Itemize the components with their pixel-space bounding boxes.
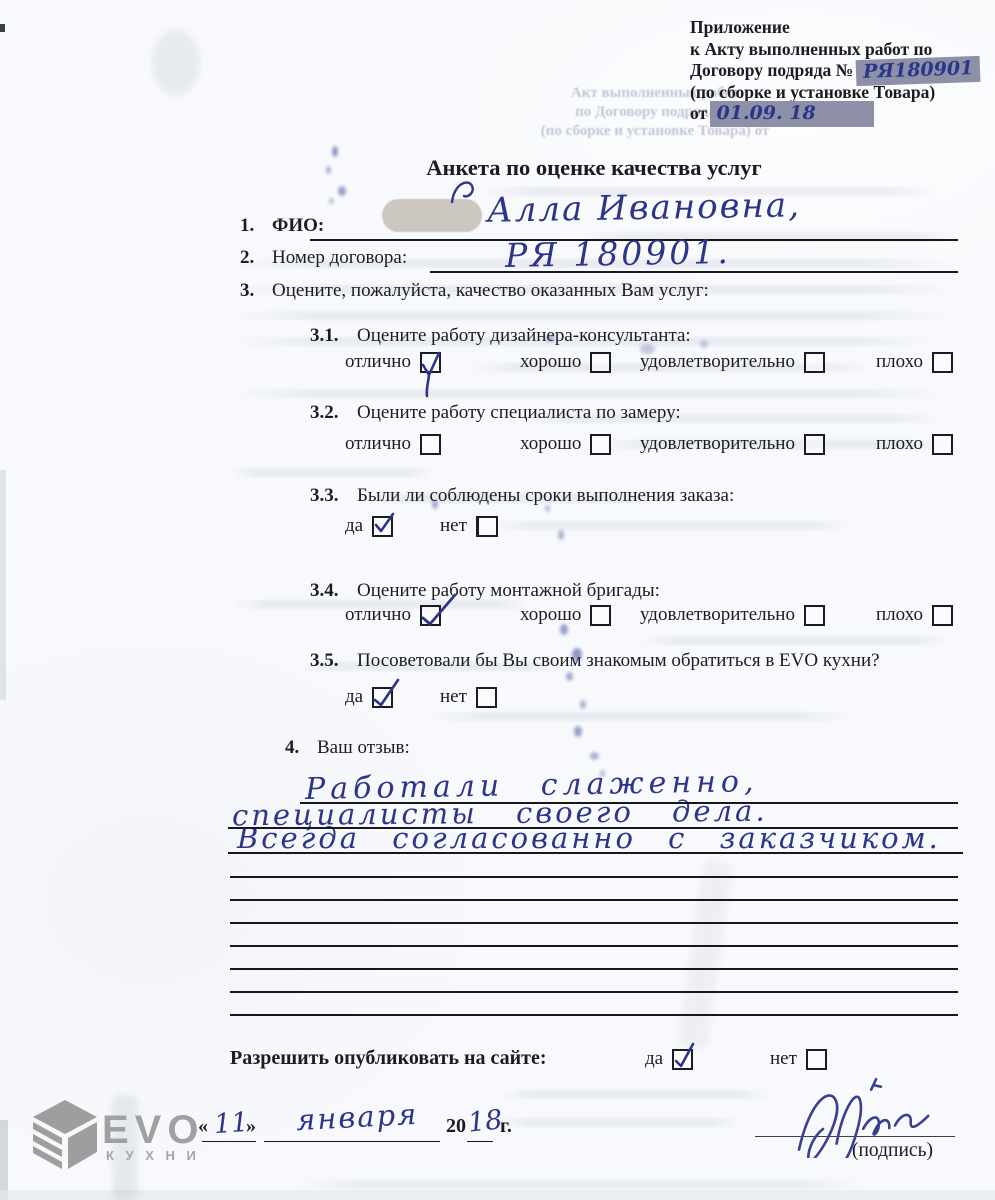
- date-year-printed: 20: [446, 1115, 466, 1138]
- q33-number: 3.3.: [310, 485, 339, 507]
- ink-smudge: [329, 198, 334, 204]
- bleed-through-line: [430, 712, 850, 721]
- ink-smudge: [580, 700, 586, 709]
- bleed-through-line: [490, 521, 850, 530]
- option-label: хорошо: [520, 604, 581, 626]
- q33-label: Были ли соблюдены сроки выполнения заказ…: [357, 485, 734, 507]
- option-label: отлично: [345, 604, 411, 626]
- q35-label: Посоветовали бы Вы своим знакомым обрати…: [357, 650, 880, 672]
- rating-option: удовлетворительно: [640, 433, 825, 455]
- q31-label: Оцените работу дизайнера-консультанта:: [357, 325, 691, 347]
- checkbox: [372, 516, 393, 537]
- scan-artifact: [152, 30, 200, 96]
- yesno-option: да: [345, 686, 393, 708]
- q31-number: 3.1.: [310, 325, 339, 347]
- ink-smudge: [590, 752, 599, 760]
- bleed-through-line: [232, 468, 432, 477]
- checkbox: [590, 434, 611, 455]
- checkbox: [804, 352, 825, 373]
- option-label: плохо: [876, 604, 923, 626]
- checkbox: [420, 605, 441, 626]
- date-suffix: г.: [500, 1115, 512, 1138]
- checkbox: [476, 687, 497, 708]
- option-label: плохо: [876, 351, 923, 373]
- rating-option: плохо: [876, 351, 953, 373]
- date-month-line: [264, 1141, 440, 1142]
- field2-label: Номер договора:: [272, 247, 407, 269]
- date-quote-open: «: [198, 1115, 208, 1138]
- q3-number: 3.: [240, 280, 254, 302]
- ink-smudge: [574, 726, 582, 737]
- checkbox: [420, 434, 441, 455]
- field1-handwritten-value: Алла Ивановна,: [487, 185, 802, 230]
- date-year-handwritten: 18: [466, 1104, 503, 1138]
- field1-number: 1.: [240, 215, 254, 237]
- page-title: Анкета по оценке качества услуг: [230, 155, 958, 181]
- ruled-line: [230, 922, 958, 924]
- scanned-survey-form: Акт выполненных работ по Договору подряд…: [0, 0, 995, 1200]
- signature-caption: (подпись): [852, 1140, 933, 1162]
- q32-number: 3.2.: [310, 402, 339, 424]
- ruled-line: [228, 852, 963, 854]
- option-label: нет: [770, 1048, 797, 1070]
- date-block: « 11 » января 20 18 г.: [0, 1108, 560, 1164]
- appendix-line: к Акту выполненных работ по: [690, 39, 992, 61]
- check-mark: [372, 511, 398, 537]
- yesno-option: нет: [440, 686, 497, 708]
- rating-option: хорошо: [520, 604, 611, 626]
- ruled-line: [300, 802, 958, 804]
- field2-number: 2.: [240, 247, 254, 269]
- bleed-line: (по сборке и установке Товара) от: [420, 122, 890, 141]
- option-label: нет: [440, 515, 467, 537]
- contract-date-label: от: [690, 103, 707, 123]
- option-label: удовлетворительно: [640, 604, 795, 626]
- check-mark: [371, 677, 403, 709]
- ink-smudge: [338, 186, 346, 196]
- ruled-line: [230, 991, 958, 993]
- scan-artifact: [0, 24, 5, 32]
- rating-option: хорошо: [520, 433, 611, 455]
- checkbox: [804, 605, 825, 626]
- ink-smudge: [566, 672, 573, 681]
- field2-handwritten-value: РЯ 180901.: [505, 232, 731, 275]
- rating-option: плохо: [876, 604, 953, 626]
- q32-label: Оцените работу специалиста по замеру:: [357, 402, 681, 424]
- q35-number: 3.5.: [310, 650, 339, 672]
- checkbox: [590, 352, 611, 373]
- option-label: удовлетворительно: [640, 433, 795, 455]
- bleed-through-line: [232, 389, 942, 398]
- rating-option: плохо: [876, 433, 953, 455]
- date-month-handwritten: января: [295, 1097, 419, 1137]
- rating-option: хорошо: [520, 351, 611, 373]
- rating-option: отлично: [345, 604, 441, 626]
- option-label: отлично: [345, 433, 411, 455]
- appendix-line: Договору подряда № РЯ180901: [690, 60, 992, 82]
- checkbox: [932, 352, 953, 373]
- checkbox: [420, 352, 441, 373]
- option-label: хорошо: [520, 351, 581, 373]
- ruled-line: [230, 876, 958, 878]
- scan-artifact: [677, 859, 733, 1051]
- option-label: отлично: [345, 351, 411, 373]
- option-label: хорошо: [520, 433, 581, 455]
- q34-label: Оцените работу монтажной бригады:: [357, 580, 660, 602]
- checkbox: [672, 1049, 693, 1070]
- checkbox: [806, 1049, 827, 1070]
- q34-number: 3.4.: [310, 580, 339, 602]
- ruled-line: [230, 899, 958, 901]
- contract-number-label: Договору подряда №: [690, 60, 853, 80]
- rating-option: отлично: [345, 433, 441, 455]
- q4-label: Ваш отзыв:: [317, 737, 410, 759]
- option-label: удовлетворительно: [640, 351, 795, 373]
- bleed-through-line: [300, 1180, 860, 1189]
- date-quote-close: »: [246, 1115, 256, 1138]
- checkbox: [932, 605, 953, 626]
- rating-option: отлично: [345, 351, 441, 373]
- checkbox: [476, 516, 498, 537]
- ruled-line: [230, 968, 958, 970]
- yesno-option: нет: [440, 515, 498, 537]
- scan-artifact: [0, 470, 6, 700]
- checkbox: [372, 687, 393, 708]
- checkbox: [804, 434, 825, 455]
- handwriting-stroke: [448, 176, 488, 206]
- contract-date-handwritten: 01.09. 18: [712, 103, 872, 125]
- q3-label: Оцените, пожалуйста, качество оказанных …: [272, 280, 709, 302]
- ruled-line: [228, 827, 958, 829]
- checkbox: [932, 434, 953, 455]
- ruled-line: [230, 945, 958, 947]
- ink-smudge: [558, 530, 564, 540]
- bleed-through-line: [232, 311, 947, 320]
- rating-option: удовлетворительно: [640, 604, 825, 626]
- yesno-option: да: [345, 515, 393, 537]
- checkbox: [590, 605, 611, 626]
- check-mark: [672, 1041, 698, 1071]
- appendix-header: Приложение к Акту выполненных работ по Д…: [690, 17, 992, 125]
- option-label: да: [345, 515, 363, 537]
- option-label: да: [645, 1048, 663, 1070]
- publish-label: Разрешить опубликовать на сайте:: [230, 1047, 547, 1070]
- scan-artifact: [0, 1190, 995, 1200]
- bleed-through-line: [640, 636, 950, 645]
- q4-number: 4.: [285, 737, 299, 759]
- field1-label: ФИО:: [272, 215, 324, 237]
- yesno-option: нет: [770, 1048, 827, 1070]
- date-day-line: [202, 1141, 256, 1142]
- option-label: да: [345, 686, 363, 708]
- appendix-line: Приложение: [690, 17, 992, 39]
- option-label: плохо: [876, 433, 923, 455]
- yesno-option: да: [645, 1048, 693, 1070]
- date-day-handwritten: 11: [213, 1107, 249, 1140]
- option-label: нет: [440, 686, 467, 708]
- contract-number-handwritten: РЯ180901: [857, 58, 978, 84]
- date-year-line: [467, 1141, 493, 1142]
- ruled-line: [230, 1014, 958, 1016]
- appendix-line: (по сборке и установке Товара): [690, 82, 992, 104]
- rating-option: удовлетворительно: [640, 351, 825, 373]
- appendix-line: от 01.09. 18: [690, 103, 992, 125]
- bleed-through-line: [500, 1090, 770, 1099]
